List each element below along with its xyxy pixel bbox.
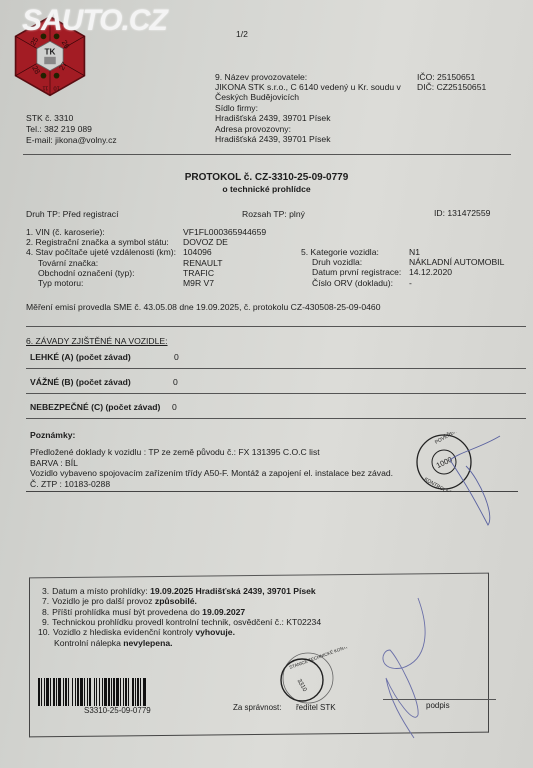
note-line: BARVA : BÍL (30, 458, 78, 469)
divider (26, 368, 526, 369)
summary-line-number: 10. (38, 627, 50, 637)
signature-line (383, 699, 496, 700)
defect-label: VÁŽNÉ (B) (počet závad) (30, 377, 131, 388)
vehicle-field-value: TRAFIC (183, 268, 214, 279)
notes-heading: Poznámky: (30, 430, 75, 441)
summary-line-value: 19.09.2025 Hradišťská 2439, 39701 Písek (150, 586, 316, 596)
stamp-bottom-text: KONTROLNÍ TECHNIK (423, 476, 472, 492)
vehicle-field-value: 104096 (183, 247, 212, 258)
dic: DIČ: CZ25150651 (417, 82, 486, 93)
ico: IČO: 25150651 (417, 72, 475, 83)
stamp-number: 1000 (435, 455, 454, 470)
correctness-value: ředitel STK (296, 703, 336, 712)
vehicle-field-label: 5. Kategorie vozidla: (301, 247, 379, 258)
vehicle-field-label: 2. Registrační značka a symbol státu: (26, 237, 169, 248)
summary-line-number: 8. (42, 607, 49, 617)
summary-line-text: Vozidlo z hlediska evidenční kontroly (53, 627, 195, 637)
barcode-text: S3310-25-09-0779 (84, 706, 151, 715)
defect-label: LEHKÉ (A) (počet závad) (30, 352, 131, 363)
defect-label: NEBEZPEČNÉ (C) (počet závad) (30, 402, 160, 413)
stamp-top-text: POVĚŘENÁ STK (433, 432, 471, 446)
defect-count: 0 (172, 402, 177, 413)
summary-line: 10.Vozidlo z hlediska evidenční kontroly… (38, 627, 235, 638)
protocol-subtitle: o technické prohlídce (0, 184, 533, 194)
summary-line-text: Příští prohlídka musí být provedena do (52, 607, 202, 617)
station-email: E-mail: jikona@volny.cz (26, 135, 117, 146)
summary-line-text: Vozidlo je pro další provoz (52, 596, 155, 606)
summary-line: Kontrolní nálepka nevylepena. (42, 638, 172, 649)
signature-label: podpis (426, 701, 450, 710)
signature-scribble (440, 430, 530, 530)
summary-line: 8.Příští prohlídka musí být provedena do… (42, 607, 245, 618)
defect-count: 0 (173, 377, 178, 388)
inspection-type: Druh TP: Před registrací (26, 209, 119, 220)
divider (26, 418, 526, 419)
vehicle-field-value: N1 (409, 247, 420, 258)
note-line: Předložené doklady k vozidlu : TP ze zem… (30, 447, 320, 458)
summary-line-value: nevylepena. (123, 638, 172, 648)
vehicle-field-label: Typ motoru: (38, 278, 83, 289)
correctness-label: Za správnost: (233, 703, 281, 712)
vehicle-field-value: 14.12.2020 (409, 267, 452, 278)
emissions-note: Měření emisí provedla SME č. 43.05.08 dn… (26, 302, 380, 313)
vehicle-field-value: M9R V7 (183, 278, 214, 289)
vehicle-field-value: VF1FL000365944659 (183, 227, 266, 238)
inspection-scope: Rozsah TP: plný (242, 209, 305, 220)
summary-line-value: způsobilé. (155, 596, 197, 606)
divider (23, 154, 511, 155)
vehicle-field-value: DOVOZ DE (183, 237, 228, 248)
seat-address: Hradišťská 2439, 39701 Písek (215, 113, 331, 124)
summary-line-text: Datum a místo prohlídky: (52, 586, 150, 596)
divider (26, 326, 526, 327)
divider (26, 491, 518, 492)
operator-name-2: Českých Budějovicích (215, 92, 299, 103)
summary-line: 7.Vozidlo je pro další provoz způsobilé. (42, 596, 197, 607)
summary-line-value: vyhovuje. (195, 627, 235, 637)
protocol-id: ID: 131472559 (434, 208, 490, 219)
defects-heading: 6. ZÁVADY ZJIŠTĚNÉ NA VOZIDLE: (26, 336, 168, 347)
page-indicator: 1/2 (236, 29, 248, 40)
premises-address: Hradišťská 2439, 39701 Písek (215, 134, 331, 145)
operator-name-1: JIKONA STK s.r.o., C 6140 vedený u Kr. s… (215, 82, 401, 93)
vehicle-field-label: 1. VIN (č. karoserie): (26, 227, 105, 238)
vehicle-field-label: 4. Stav počítače ujeté vzdálenosti (km): (26, 247, 176, 258)
summary-line-value: 19.09.2027 (202, 607, 245, 617)
note-line: Č. ZTP : 10183-0288 (30, 479, 110, 490)
watermark: SAUTO.CZ (22, 4, 167, 38)
vehicle-field-label: Číslo ORV (dokladu): (312, 278, 393, 289)
summary-line-number: 9. (42, 617, 49, 627)
station-number: STK č. 3310 (26, 113, 73, 124)
vehicle-field-label: Obchodní označení (typ): (38, 268, 135, 279)
operator-label: 9. Název provozovatele: (215, 72, 307, 83)
vehicle-field-value: - (409, 278, 412, 289)
summary-line-number: 3. (42, 586, 49, 596)
summary-line: 3.Datum a místo prohlídky: 19.09.2025 Hr… (42, 586, 316, 597)
barcode (38, 678, 224, 706)
svg-text:11: 11 (42, 84, 48, 90)
note-line: Vozidlo vybaveno spojovacím zařízením tř… (30, 468, 393, 479)
divider (26, 393, 526, 394)
summary-line-number: 7. (42, 596, 49, 606)
summary-line-text: Kontrolní nálepka (54, 638, 123, 648)
vehicle-field-value: NÁKLADNÍ AUTOMOBIL (409, 257, 504, 268)
station-phone: Tel.: 382 219 089 (26, 124, 92, 135)
summary-line-text: Technickou prohlídku provedl kontrolní t… (52, 617, 321, 627)
svg-text:10: 10 (53, 84, 59, 90)
protocol-title: PROTOKOL č. CZ-3310-25-09-0779 (0, 172, 533, 183)
seat-label: Sídlo firmy: (215, 103, 258, 114)
technician-stamp: 1000 POVĚŘENÁ STK KONTROLNÍ TECHNIK (410, 432, 502, 492)
premises-label: Adresa provozovny: (215, 124, 291, 135)
vehicle-field-label: Tovární značka: (38, 258, 98, 269)
vehicle-field-label: Datum první registrace: (312, 267, 401, 278)
vehicle-field-value: RENAULT (183, 258, 222, 269)
vehicle-field-label: Druh vozidla: (312, 257, 362, 268)
summary-line: 9.Technickou prohlídku provedl kontrolní… (42, 617, 321, 628)
svg-text:TK: TK (45, 47, 56, 56)
defect-count: 0 (174, 352, 179, 363)
